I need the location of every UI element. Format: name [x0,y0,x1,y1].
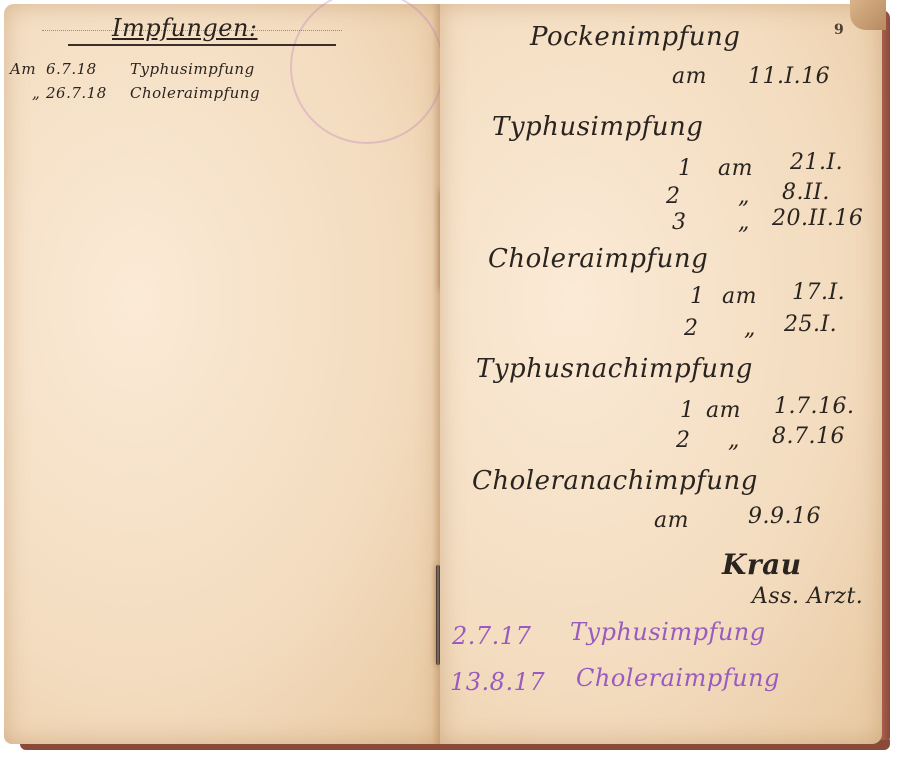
line-label: am [654,508,689,533]
line-number: 1 [678,156,693,181]
section-title: Choleraimpfung [488,244,708,274]
line-date: 1.7.16. [774,394,854,419]
line-date: 8.II. [782,180,830,205]
entry-date: 6.7.18 [46,60,97,78]
line-number: 1 [690,284,705,309]
line-label: am [722,284,757,309]
entry-text: Typhusimpfung [130,60,255,78]
doctor-signature: Krau [722,548,802,581]
line-label: am [672,64,707,89]
folded-page-corner [850,0,886,30]
line-label: „ [744,316,756,341]
line-date: 20.II.16 [772,206,863,231]
left-page-heading: Impfungen: [112,14,258,42]
entry-date: 26.7.18 [46,84,107,102]
doctor-title: Ass. Arzt. [752,584,863,609]
entry-date: 13.8.17 [450,668,545,696]
line-date: 11.I.16 [748,64,830,89]
line-label: „ [738,210,750,235]
section-title: Typhusnachimpfung [476,354,753,384]
line-number: 2 [684,316,699,341]
line-date: 21.I. [790,150,843,175]
line-label: „ [728,428,740,453]
section-title: Typhusimpfung [492,112,703,142]
entry-text: Choleraimpfung [130,84,260,102]
section-title: Choleranachimpfung [472,466,758,496]
line-number: 2 [666,184,681,209]
entry-prefix: Am [10,60,36,78]
heading-underline [68,44,336,46]
line-number: 1 [680,398,695,423]
line-date: 9.9.16 [748,504,821,529]
line-number: 3 [672,210,687,235]
page-number: 9 [834,22,844,38]
line-label: „ [738,184,750,209]
entry-text: Typhusimpfung [570,618,766,646]
entry-date: 2.7.17 [452,622,531,650]
line-date: 25.I. [784,312,837,337]
line-label: am [718,156,753,181]
line-number: 2 [676,428,691,453]
line-date: 17.I. [792,280,845,305]
line-date: 8.7.16 [772,424,845,449]
open-pass-book: Impfungen: Am 6.7.18 Typhusimpfung „ 26.… [0,0,907,768]
entry-prefix: „ [32,84,40,102]
entry-text: Choleraimpfung [576,664,780,692]
line-label: am [706,398,741,423]
section-title: Pockenimpfung [530,22,740,52]
